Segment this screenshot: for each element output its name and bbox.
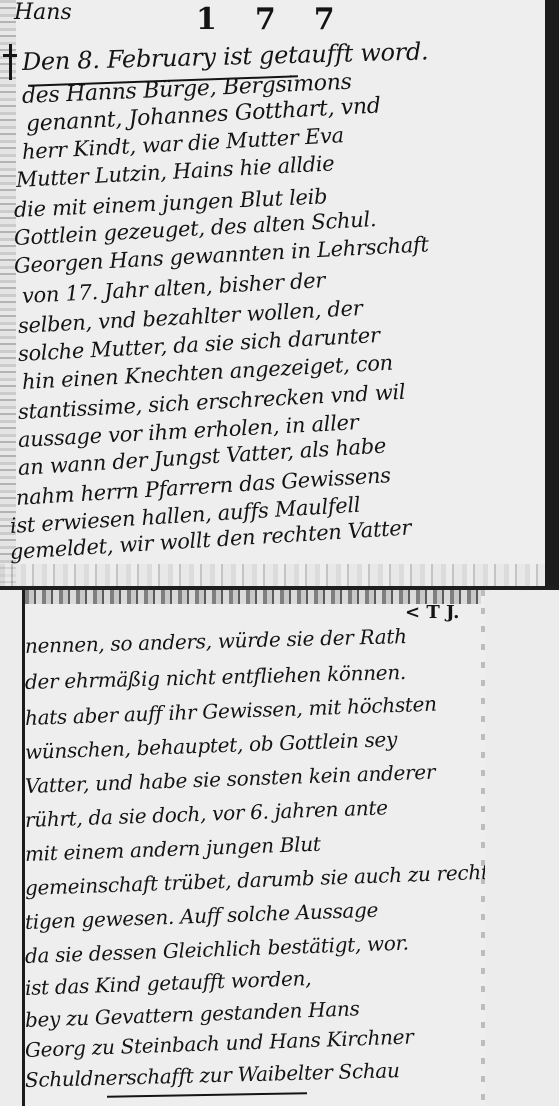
year-heading: 177 bbox=[196, 2, 373, 37]
cross-mark-icon bbox=[3, 44, 17, 80]
manuscript-line: der ehrmäßig nicht entfliehen können. bbox=[25, 660, 407, 694]
manuscript-line: ist das Kind getaufft worden, bbox=[25, 966, 312, 1000]
manuscript-line: Vatter, und habe sie sonsten kein andere… bbox=[25, 760, 436, 798]
scan-noise-left bbox=[0, 0, 16, 590]
underline-rule bbox=[107, 1092, 307, 1097]
manuscript-line: hats aber auff ihr Gewissen, mit höchste… bbox=[25, 692, 437, 730]
manuscript-line: nennen, so anders, würde sie der Rath bbox=[25, 624, 407, 658]
manuscript-line: rührt, da sie doch, vor 6. jahren ante bbox=[25, 795, 388, 832]
manuscript-line: mit einem andern jungen Blut bbox=[25, 832, 321, 866]
year-digit: 1 bbox=[196, 2, 255, 37]
manuscript-line: Georg zu Steinbach und Hans Kirchner bbox=[25, 1024, 414, 1062]
manuscript-line: gemeinschaft trübet, darumb sie auch zu … bbox=[25, 859, 485, 900]
manuscript-line: wünschen, behauptet, ob Gottlein sey bbox=[25, 727, 398, 764]
year-digit: 7 bbox=[255, 2, 314, 37]
manuscript-fragment-bottom: < T J. nennen, so anders, würde sie der … bbox=[22, 590, 485, 1106]
manuscript-line: da sie dessen Gleichlich bestätigt, wor. bbox=[25, 931, 409, 968]
scan-border-right bbox=[545, 0, 559, 590]
manuscript-line: Schuldnerschafft zur Waibelter Schau bbox=[25, 1058, 400, 1092]
background-margin bbox=[485, 590, 559, 1106]
page-mark: < T J. bbox=[405, 602, 459, 623]
marginal-name: Hans bbox=[14, 0, 72, 25]
manuscript-line: Den 8. February ist getaufft word. bbox=[22, 37, 429, 76]
manuscript-line: tigen gewesen. Auff solche Aussage bbox=[25, 898, 379, 934]
manuscript-line: bey zu Gevattern gestanden Hans bbox=[25, 996, 360, 1032]
year-digit: 7 bbox=[314, 2, 373, 37]
manuscript-fragment-top: Hans 177 Den 8. February ist getaufft wo… bbox=[0, 0, 559, 590]
